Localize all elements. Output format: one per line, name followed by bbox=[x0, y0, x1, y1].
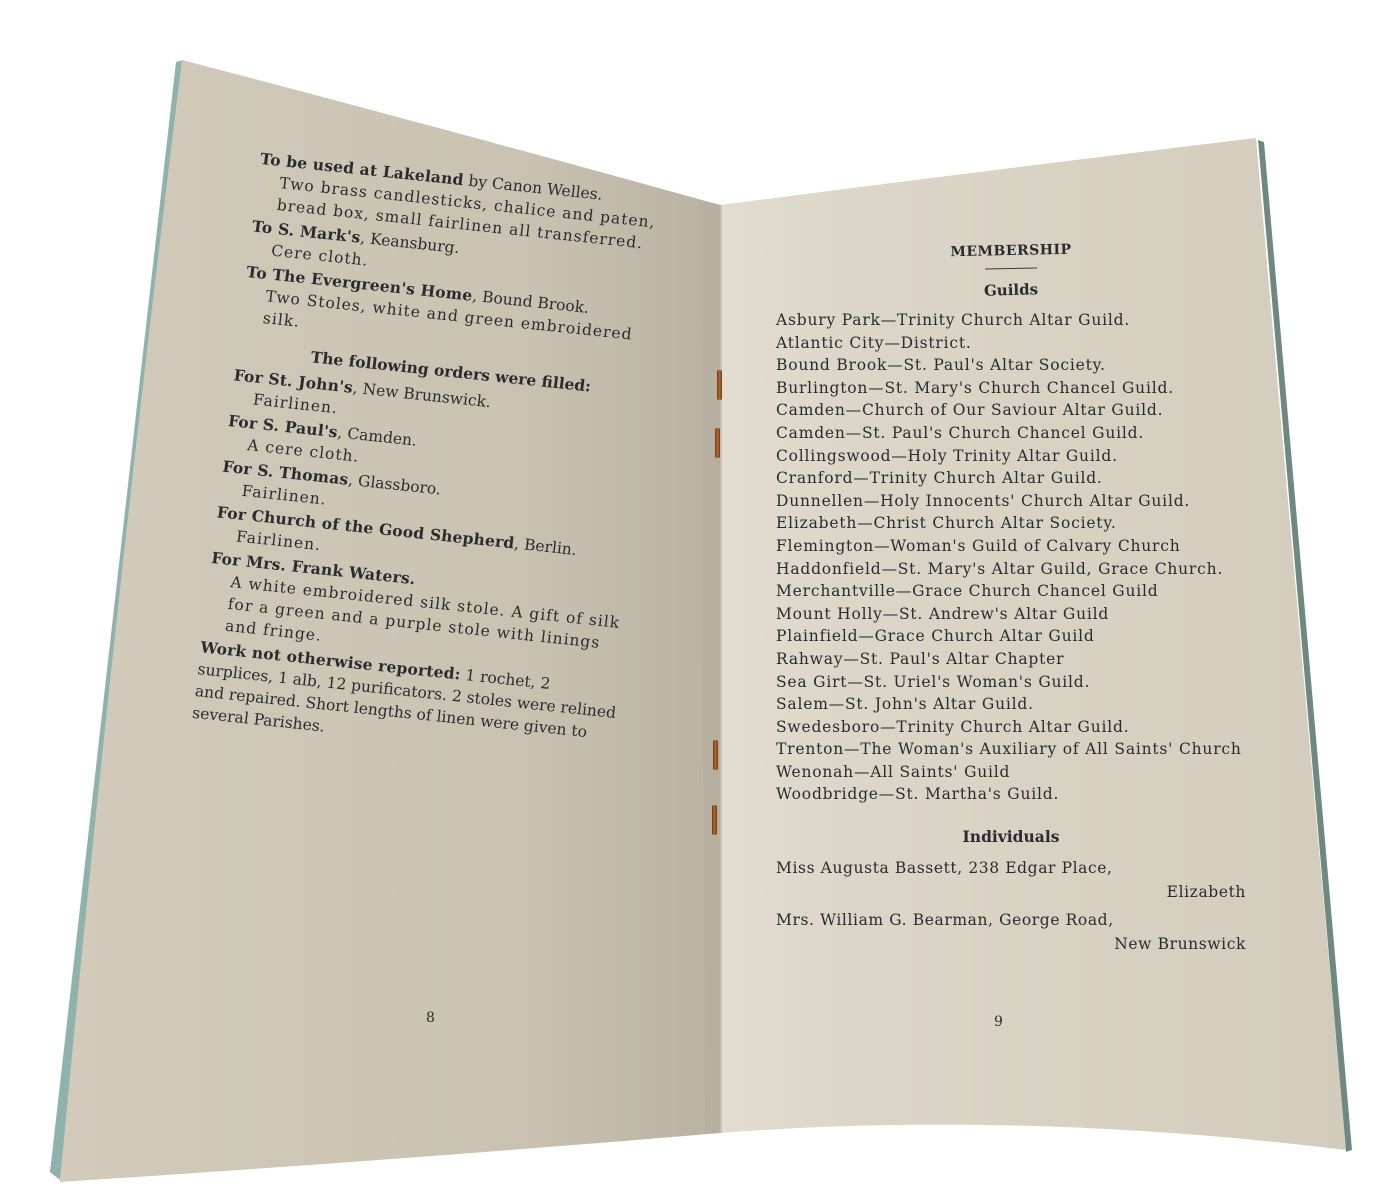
individual-city: Elizabeth bbox=[776, 880, 1246, 904]
guilds-heading: Guilds bbox=[776, 273, 1246, 307]
individuals-heading: Individuals bbox=[776, 826, 1246, 848]
individual-entry: Miss Augusta Bassett, 238 Edgar Place,El… bbox=[776, 856, 1246, 904]
binding-stitch bbox=[717, 370, 722, 400]
guild-item: Haddonfield—St. Mary's Altar Guild, Grac… bbox=[776, 558, 1246, 581]
guild-item: Wenonah—All Saints' Guild bbox=[776, 761, 1246, 784]
guild-item: Camden—Church of Our Saviour Altar Guild… bbox=[776, 399, 1246, 422]
guild-item: Merchantville—Grace Church Chancel Guild bbox=[776, 580, 1246, 603]
guild-item: Plainfield—Grace Church Altar Guild bbox=[776, 625, 1246, 648]
membership-title: MEMBERSHIP bbox=[776, 235, 1246, 267]
individual-entry: Mrs. William G. Bearman, George Road,New… bbox=[776, 908, 1246, 956]
page-number-right: 9 bbox=[994, 1014, 1003, 1030]
guild-item: Flemington—Woman's Guild of Calvary Chur… bbox=[776, 535, 1246, 558]
guild-item: Woodbridge—St. Martha's Guild. bbox=[776, 783, 1246, 806]
guild-item: Sea Girt—St. Uriel's Woman's Guild. bbox=[776, 671, 1246, 694]
guild-item: Camden—St. Paul's Church Chancel Guild. bbox=[776, 422, 1246, 445]
individual-city: New Brunswick bbox=[776, 932, 1246, 956]
binding-stitch bbox=[715, 428, 720, 458]
guild-list: Asbury Park—Trinity Church Altar Guild.A… bbox=[776, 309, 1246, 806]
guild-item: Burlington—St. Mary's Church Chancel Gui… bbox=[776, 377, 1246, 400]
guild-item: Salem—St. John's Altar Guild. bbox=[776, 693, 1246, 716]
guild-item: Swedesboro—Trinity Church Altar Guild. bbox=[776, 716, 1246, 739]
guild-item: Bound Brook—St. Paul's Altar Society. bbox=[776, 354, 1246, 377]
binding-stitch bbox=[712, 805, 717, 835]
individuals-list: Miss Augusta Bassett, 238 Edgar Place,El… bbox=[776, 856, 1246, 956]
right-page-text: MEMBERSHIP Guilds Asbury Park—Trinity Ch… bbox=[776, 240, 1246, 960]
guild-item: Asbury Park—Trinity Church Altar Guild. bbox=[776, 309, 1246, 332]
entry-place: , Berlin. bbox=[513, 535, 578, 559]
guild-item: Atlantic City—District. bbox=[776, 332, 1246, 355]
left-page-text: To be used at Lakeland by Canon Welles.T… bbox=[191, 146, 690, 769]
individual-name-address: Mrs. William G. Bearman, George Road, bbox=[776, 911, 1114, 929]
guild-item: Mount Holly—St. Andrew's Altar Guild bbox=[776, 603, 1246, 626]
guild-item: Rahway—St. Paul's Altar Chapter bbox=[776, 648, 1246, 671]
individual-name-address: Miss Augusta Bassett, 238 Edgar Place, bbox=[776, 859, 1113, 877]
title-rule bbox=[985, 267, 1037, 269]
guild-item: Cranford—Trinity Church Altar Guild. bbox=[776, 467, 1246, 490]
page-number-left: 8 bbox=[426, 1010, 435, 1026]
guild-item: Collingswood—Holy Trinity Altar Guild. bbox=[776, 445, 1246, 468]
guild-item: Dunnellen—Holy Innocents' Church Altar G… bbox=[776, 490, 1246, 513]
guild-item: Trenton—The Woman's Auxiliary of All Sai… bbox=[776, 738, 1246, 761]
binding-stitch bbox=[713, 740, 718, 770]
guild-item: Elizabeth—Christ Church Altar Society. bbox=[776, 512, 1246, 535]
open-booklet: To be used at Lakeland by Canon Welles.T… bbox=[0, 0, 1379, 1187]
